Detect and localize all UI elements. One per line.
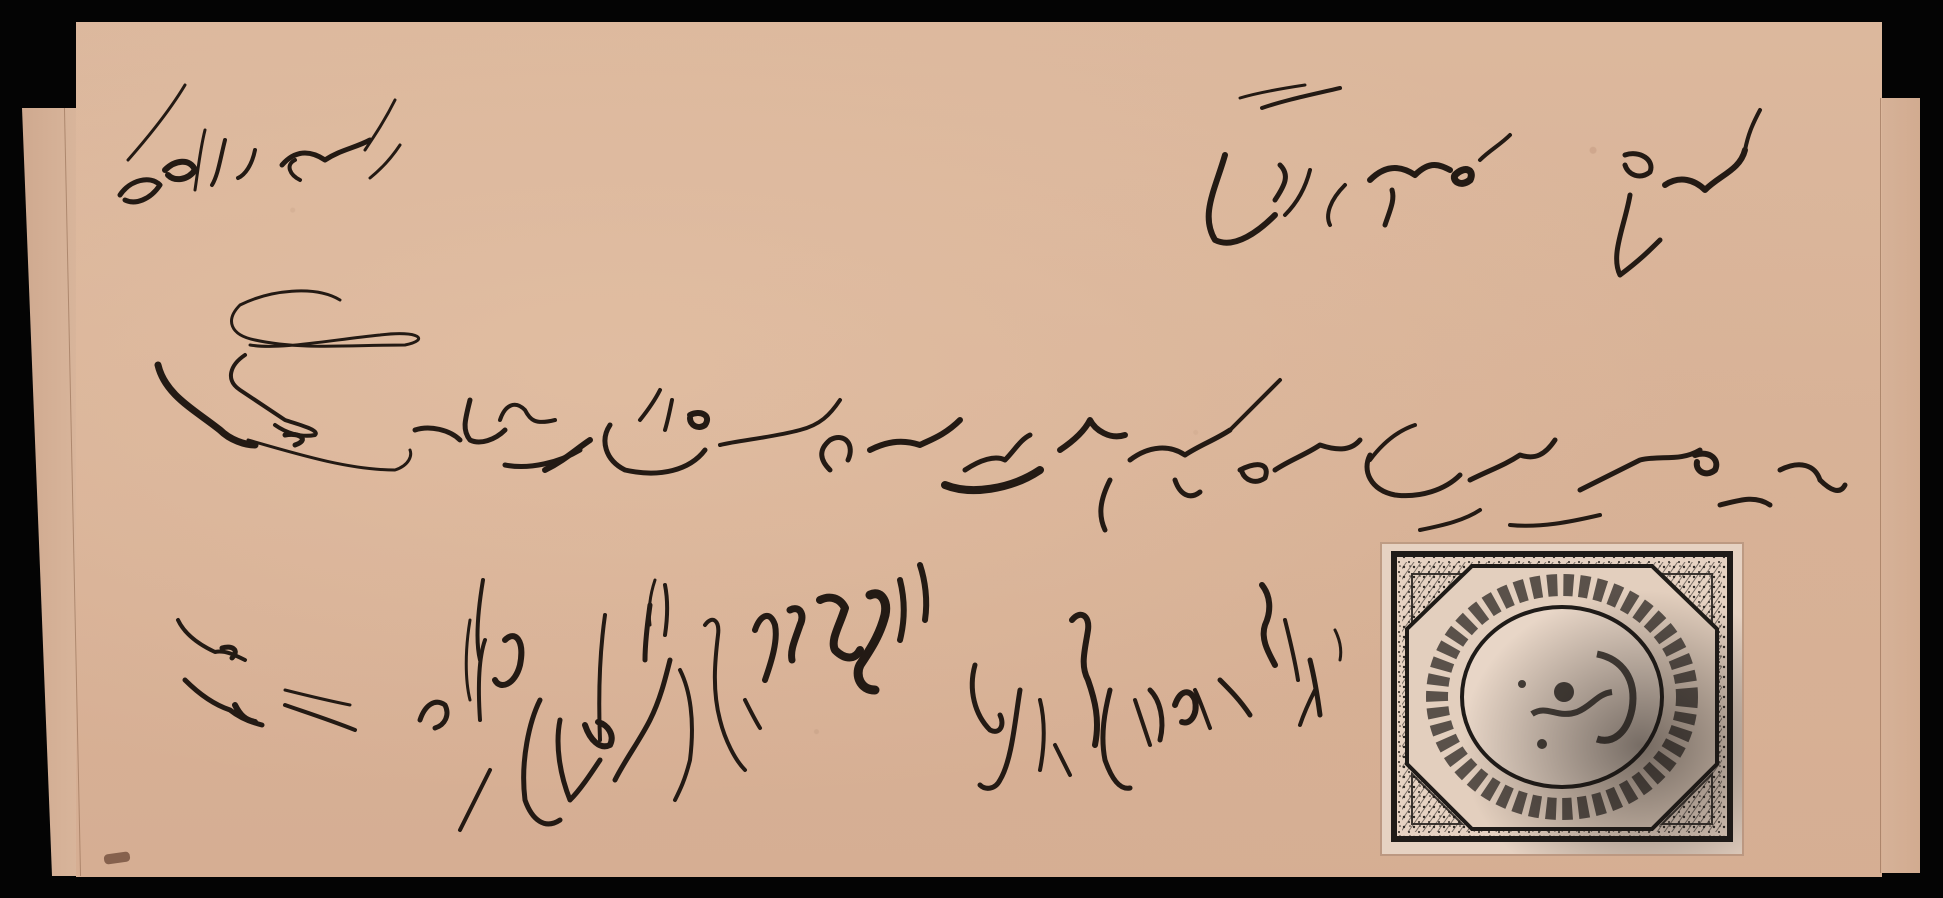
- handwriting-lower-right-block: [972, 585, 1340, 788]
- scan-background: engraved postage stamp: [0, 0, 1943, 898]
- handwriting-top-left-note: [120, 85, 400, 202]
- handwriting-top-right-address: [1209, 85, 1760, 275]
- handwriting-lower-center-block: [420, 565, 926, 830]
- postage-stamp: engraved postage stamp: [1382, 544, 1742, 854]
- handwriting-lower-left-lines: [178, 620, 355, 730]
- handwriting-middle-address: [415, 380, 1845, 530]
- stamp-engraving: [1382, 544, 1742, 854]
- handwriting-flourish-left: [158, 291, 419, 470]
